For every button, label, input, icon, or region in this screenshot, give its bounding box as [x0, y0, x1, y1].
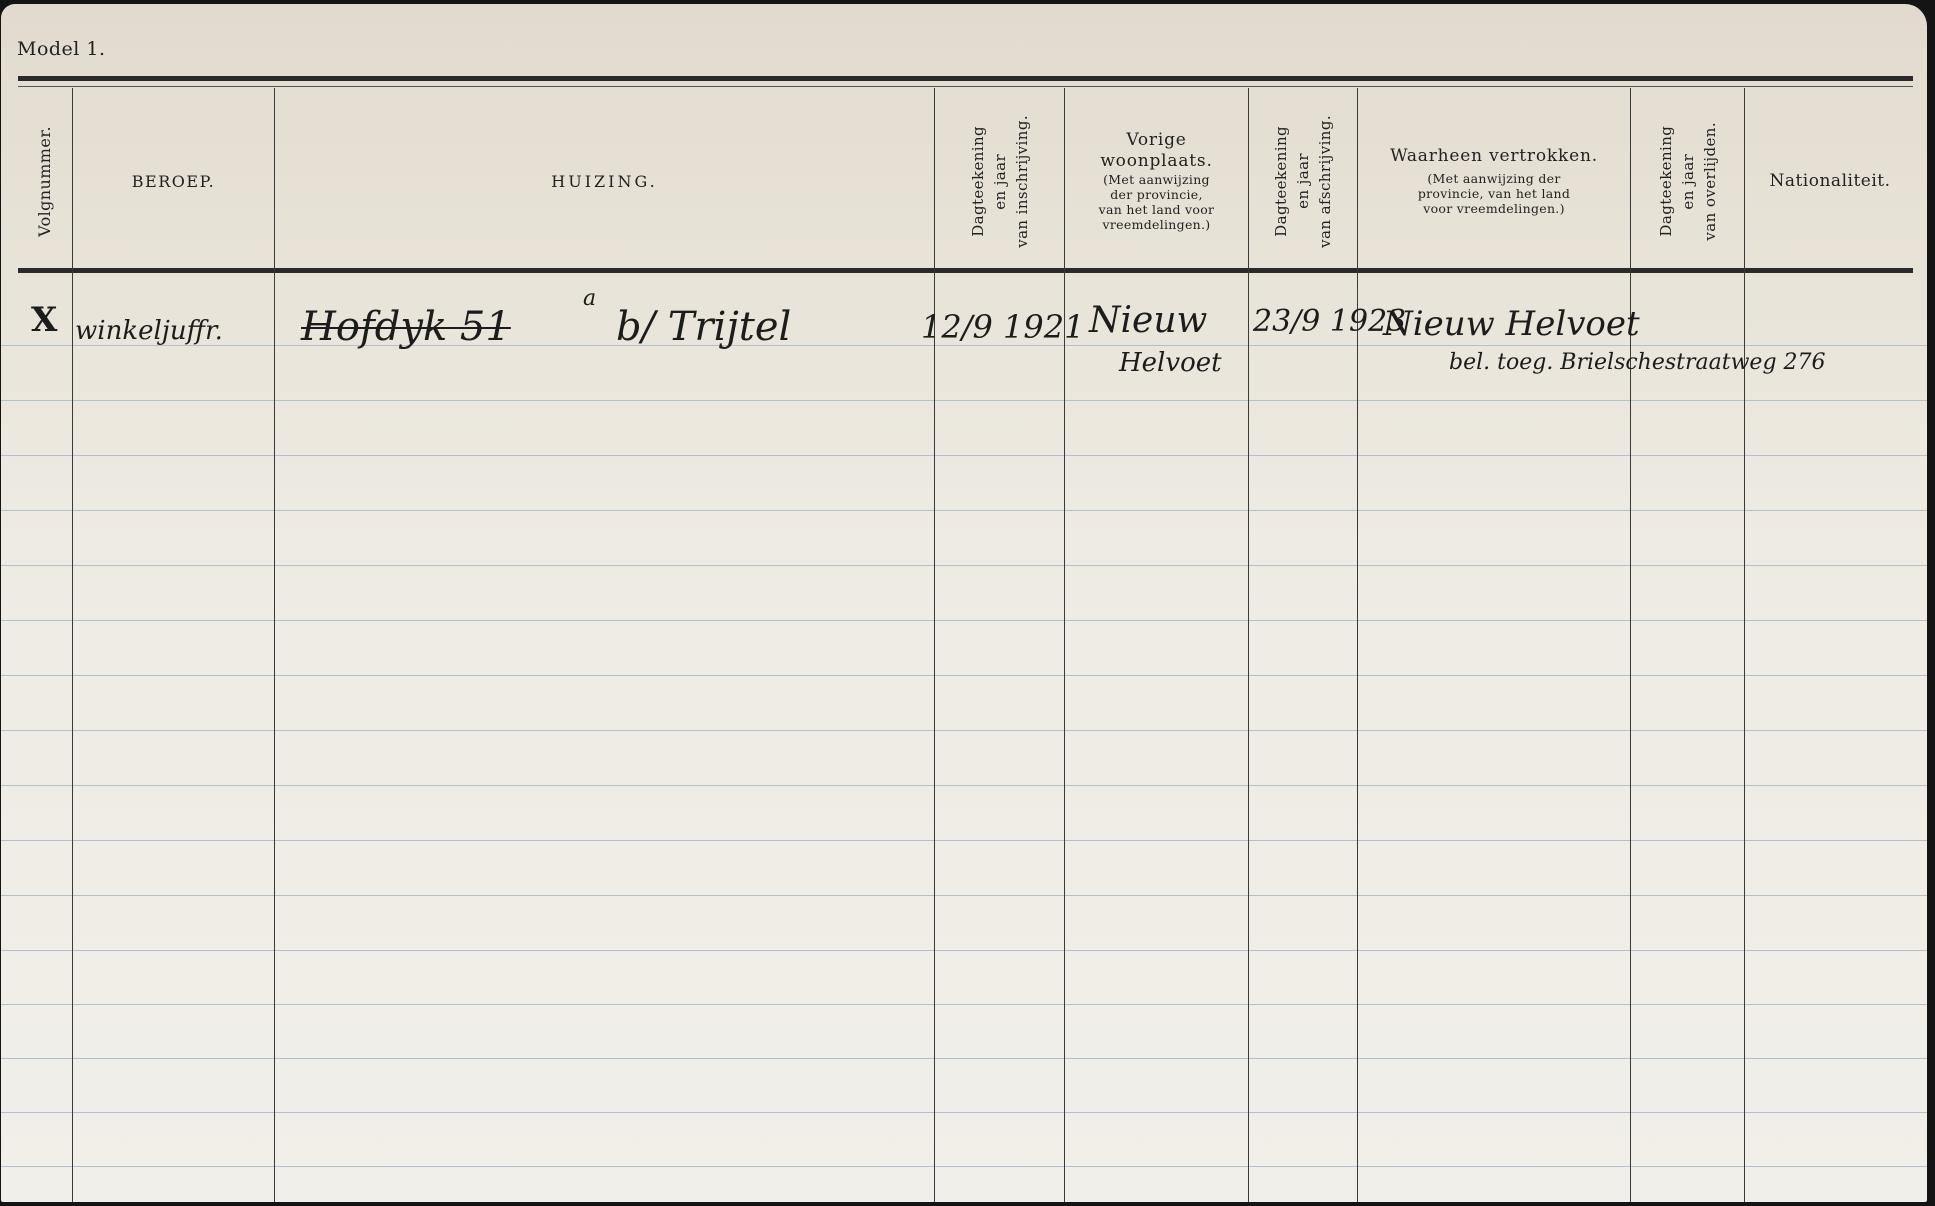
header-line: en jaar — [1292, 115, 1314, 248]
registration-card: Model 1. Volgnummer. BEROEP. HUIZING. Da… — [1, 4, 1927, 1202]
ruled-line — [1, 1004, 1927, 1005]
header-note: vreemdelingen.) — [1103, 217, 1211, 232]
entry-beroep: winkeljuffr. — [75, 316, 223, 346]
top-thin-rule — [18, 86, 1913, 87]
ruled-line — [1, 1112, 1927, 1113]
ruled-line — [1, 455, 1927, 456]
header-afschrijving-text: Dagteekening en jaar van afschrijving. — [1270, 115, 1336, 248]
header-beroep-text: BEROEP. — [132, 172, 215, 191]
header-inschrijving-text: Dagteekening en jaar van inschrijving. — [967, 115, 1033, 248]
entry-waarheen-line2: bel. toeg. Brielschestraatweg 276 — [1449, 350, 1826, 375]
header-nationaliteit-text: Nationaliteit. — [1769, 171, 1890, 191]
ruled-line — [1, 785, 1927, 786]
header-nationaliteit: Nationaliteit. — [1745, 92, 1915, 270]
header-overlijden-text: Dagteekening en jaar van overlijden. — [1655, 122, 1721, 241]
header-huizing: HUIZING. — [275, 92, 934, 270]
header-line: en jaar — [989, 115, 1011, 248]
header-note: voor vreemdelingen.) — [1423, 201, 1565, 216]
ruled-line — [1, 565, 1927, 566]
header-line: Dagteekening — [1270, 115, 1292, 248]
ruled-line — [1, 675, 1927, 676]
model-label: Model 1. — [17, 38, 106, 60]
header-line: Vorige — [1126, 130, 1186, 151]
ruled-line — [1, 510, 1927, 511]
ruled-line — [1, 1058, 1927, 1059]
header-note: provincie, van het land — [1418, 186, 1570, 201]
header-waarheen: Waarheen vertrokken. (Met aanwijzing der… — [1358, 92, 1630, 270]
header-line: van inschrijving. — [1011, 115, 1033, 248]
entry-waarheen-line1: Nieuw Helvoet — [1383, 304, 1640, 344]
header-note: der provincie, — [1110, 187, 1203, 202]
header-line: en jaar — [1677, 122, 1699, 241]
header-line: van afschrijving. — [1314, 115, 1336, 248]
header-volgnummer-text: Volgnummer. — [34, 126, 56, 237]
entry-huizing-struck: Hofdyk 51 — [301, 304, 511, 350]
entry-inschrijving: 12/9 1921 — [921, 308, 1084, 346]
header-beroep: BEROEP. — [73, 92, 274, 270]
header-line: Dagteekening — [1655, 122, 1677, 241]
top-thick-rule — [18, 76, 1913, 81]
entry-huizing-sup: a — [583, 286, 596, 311]
header-overlijden: Dagteekening en jaar van overlijden. — [1631, 92, 1744, 270]
header-inschrijving: Dagteekening en jaar van inschrijving. — [935, 92, 1064, 270]
header-line: Dagteekening — [967, 115, 989, 248]
ruled-line — [1, 730, 1927, 731]
header-note: van het land voor — [1099, 202, 1215, 217]
ruled-line — [1, 1166, 1927, 1167]
header-note: (Met aanwijzing der — [1427, 171, 1560, 186]
entry-huizing-rest: b/ Trijtel — [616, 304, 791, 350]
header-huizing-text: HUIZING. — [551, 172, 658, 191]
ruled-line — [1, 840, 1927, 841]
entry-vorige-line2: Helvoet — [1119, 348, 1222, 378]
header-line: woonplaats. — [1100, 151, 1212, 172]
header-line: van overlijden. — [1699, 122, 1721, 241]
header-volgnummer: Volgnummer. — [18, 92, 72, 270]
ruled-line — [1, 950, 1927, 951]
entry-volgnummer: X — [31, 300, 57, 340]
entry-vorige-line1: Nieuw — [1089, 300, 1207, 341]
header-note: (Met aanwijzing — [1103, 172, 1210, 187]
header-vorige-woonplaats: Vorige woonplaats. (Met aanwijzing der p… — [1065, 92, 1248, 270]
ruled-line — [1, 895, 1927, 896]
header-afschrijving: Dagteekening en jaar van afschrijving. — [1249, 92, 1357, 270]
header-line: Waarheen vertrokken. — [1390, 146, 1598, 167]
ruled-line — [1, 620, 1927, 621]
ruled-line — [1, 400, 1927, 401]
